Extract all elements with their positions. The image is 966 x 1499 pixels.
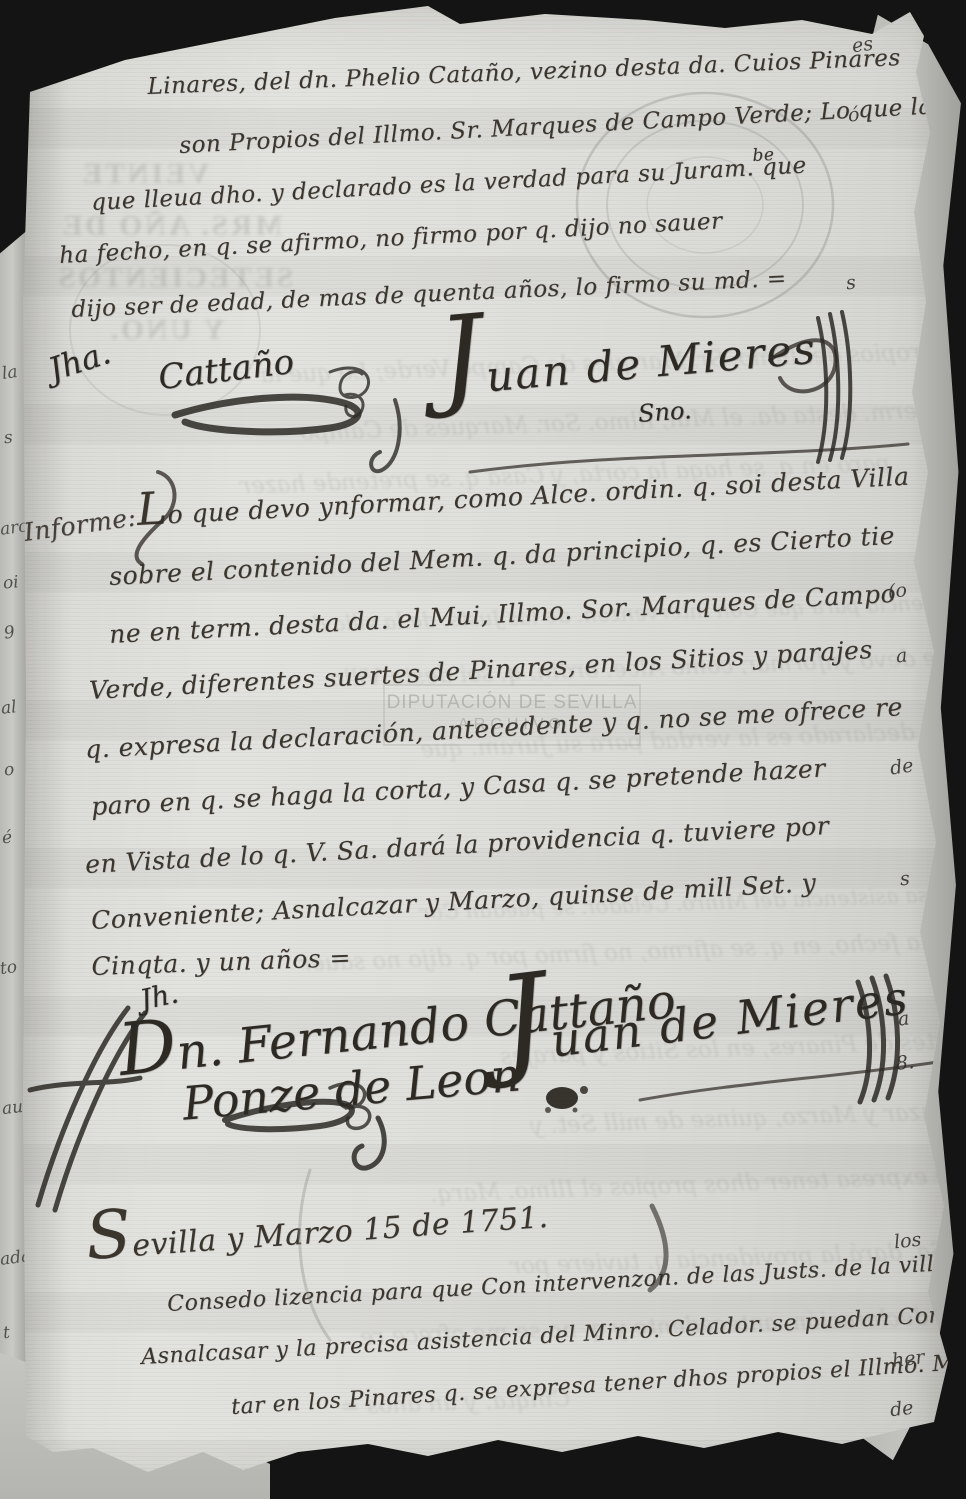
verso-ghost-line: son Propios del Illmo. Sr. Marques de Ca…	[260, 337, 966, 388]
left-edge-fragment: to	[0, 957, 18, 979]
ponze-rubric-stroke	[225, 1102, 352, 1129]
margin-mark: Jh.	[137, 976, 181, 1016]
opening-line: son Propios del Illmo. Sr. Marques de Ca…	[179, 94, 934, 159]
left-edge-fragment: t	[2, 1323, 11, 1344]
right-edge-fragment: (o	[887, 579, 908, 603]
verso-ghost-line: Verde, diferentes suertes de Pinares, en…	[500, 1020, 966, 1070]
seal-bleedthrough-text: Y UNO.	[108, 314, 225, 347]
informe-line: Lo que devo ynformar, como Alce. ordin. …	[136, 462, 910, 531]
mieres1-swash	[470, 444, 908, 472]
left-edge-fragment: s	[3, 428, 14, 449]
seal-bleedthrough-text: VEINTE	[80, 158, 209, 191]
mieres2-swash	[640, 1062, 938, 1100]
right-edge-fragment: s	[899, 868, 911, 891]
informe-line: en Vista de lo q. V. Sa. dará la provide…	[84, 811, 829, 879]
left-edge-fragment: al	[0, 697, 18, 719]
mieres1-flourish	[770, 340, 836, 391]
verso-ghost-line: Lo que devo ynformar, como Alce. ordin. …	[330, 643, 966, 692]
decree-line: Asnalcasar y la precisa asistencia del M…	[141, 1303, 940, 1370]
scanned-manuscript-page: la s aro oi 9 al o é to au ada t VEINTE …	[0, 0, 966, 1499]
opening-superscript: be	[752, 145, 775, 166]
catano-rubric-tail	[371, 400, 400, 471]
left-edge-fragment: oi	[2, 572, 19, 593]
signature-juan-de-mieres: Juan de Mieres	[439, 324, 819, 406]
signature-juan-de-mieres: Juan de Mieres	[498, 970, 912, 1074]
archive-stamp-line2: ARCHIVO	[385, 716, 639, 734]
right-edge-fragment: es	[851, 33, 875, 58]
sig2-monogram	[30, 1008, 145, 1210]
stray-descender	[300, 1170, 330, 1340]
archive-stamp-line1: DIPUTACIÓN DE SEVILLA	[385, 692, 639, 714]
decree-line: tar en los Pinares q. se expresa tener d…	[230, 1348, 966, 1420]
right-edge-fragment: a	[897, 1007, 911, 1030]
ponze-rubric-curl	[354, 1118, 384, 1168]
mieres2-paraph	[858, 976, 898, 1102]
right-edge-fragment: her	[891, 1346, 926, 1372]
verso-ghost-line: ne en term. desta da. el Mui, Illmo. Sor…	[300, 396, 966, 446]
verso-ghost-line: tar en los Pinares q. se expresa tener d…	[430, 1155, 966, 1208]
manuscript-leaf: VEINTE MRS. AÑO DE SETECIENTOS Y UNO. so…	[0, 0, 966, 1499]
verso-ghost-line: Conveniente; Asnalcazar y Marzo, quinse …	[530, 1091, 966, 1139]
opening-line: Linares, del dn. Phelio Cataño, vezino d…	[147, 45, 901, 100]
left-edge-fragment: 9	[3, 622, 17, 643]
opening-line: ha fecho, en q. se afirmo, no firmo por …	[59, 208, 724, 269]
verso-ghost-line: Consedo lizencia para que Con intervenzo…	[300, 587, 966, 637]
signature-ponze-de-leon: Ponze de Leon	[180, 1047, 522, 1130]
decree-line: Consedo lizencia para que Con intervenzo…	[167, 1249, 966, 1317]
informe-line: ne en term. desta da. el Mui, Illmo. Sor…	[108, 579, 896, 649]
left-edge-fragment: é	[1, 828, 13, 849]
catano-rubric-loops	[330, 368, 369, 416]
left-edge-fragment: au	[1, 1097, 24, 1119]
left-edge-fragment: o	[3, 759, 16, 780]
ponze-rubric-loops	[330, 1083, 370, 1128]
embossed-seal-ghost	[0, 0, 966, 1499]
right-edge-fragment: los	[893, 1229, 922, 1254]
informe-line: Verde, diferentes suertes de Pinares, en…	[88, 635, 873, 705]
margin-mark: Jha.	[44, 333, 115, 389]
right-edge-fragment: 8.	[895, 1051, 915, 1075]
catano-rubric-stroke	[175, 397, 358, 432]
opening-line: que lleua dho. y declarado es la verdad …	[91, 153, 808, 216]
informe-line: q. expresa la declaración, antecedente y…	[84, 692, 903, 764]
verso-ghost-line: Cinqta. y un años =	[340, 1386, 571, 1420]
verso-ghost-line: ha fecho, en q. se afirmo, no firmo por …	[300, 929, 936, 977]
verso-ghost-line: que lleua dho. y declarado es la verdad …	[420, 713, 966, 763]
right-edge-fragment: de	[889, 1397, 915, 1421]
right-edge-fragment: s	[845, 271, 857, 294]
verso-ghost-line: q. expresa la declaración, antecedente y…	[360, 1299, 966, 1350]
informe-opening-swash	[137, 472, 175, 564]
verso-ghost-line: Asnalcasar y la precisa asistencia del M…	[420, 875, 966, 924]
right-edge-fragment: de	[889, 754, 915, 779]
verso-ghost-line: en Vista de lo q. V. Sa. dará la provide…	[510, 1231, 966, 1280]
decree-flourish	[650, 1206, 666, 1290]
decree-dateline: Sevilla y Marzo 15 de 1751.	[86, 1200, 550, 1267]
right-edge-fragment: ó	[847, 103, 861, 126]
informe-line: Cinqta. y un años =	[91, 943, 351, 981]
ink-flourishes	[0, 0, 966, 1499]
margin-label-informe: Informe:	[22, 503, 138, 547]
seal-bleedthrough-text: MRS. AÑO DE	[60, 210, 282, 243]
signature-catano: Cattaño	[156, 342, 296, 398]
left-edge-fragment: la	[1, 362, 19, 384]
verso-ghost-line: paro en q. se haga la corta, y Casa q. s…	[240, 451, 891, 500]
ink-blot	[545, 1086, 588, 1113]
informe-line: Conveniente; Asnalcazar y Marzo, quinse …	[90, 868, 816, 935]
seal-bleedthrough-text: SETECIENTOS	[56, 262, 293, 295]
right-edge-fragment: a	[895, 644, 909, 667]
informe-line: paro en q. se haga la corta, y Casa q. s…	[90, 754, 826, 821]
opening-line: dijo ser de edad, de mas de quenta años,…	[71, 266, 787, 323]
signature-fernando-catano: Dn. Fernando Cattaño	[117, 973, 679, 1087]
mieres1-paraph	[818, 312, 850, 462]
signature-title-escribano: Sno.	[637, 396, 692, 428]
archive-stamp: DIPUTACIÓN DE SEVILLA ARCHIVO	[383, 684, 641, 746]
informe-line: sobre el contenido del Mem. q. da princi…	[108, 521, 895, 591]
